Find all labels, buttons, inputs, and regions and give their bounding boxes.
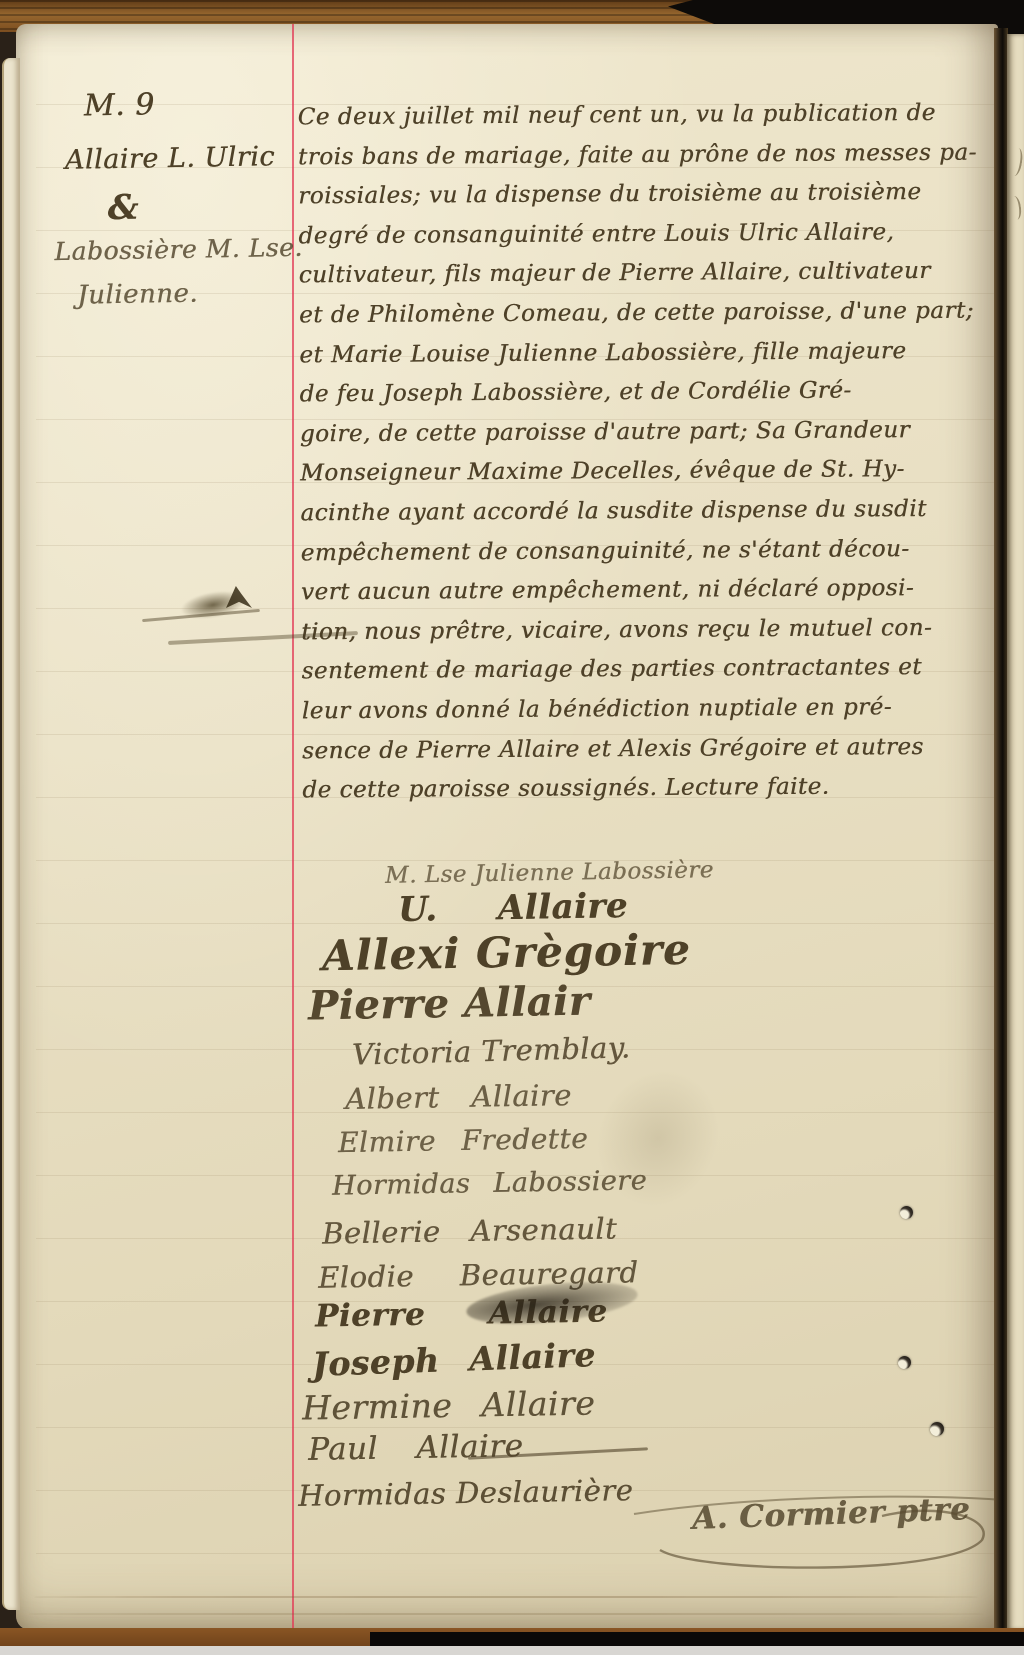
- ampersand: &: [107, 188, 139, 229]
- signature-witness: Pierre Allair: [308, 978, 591, 1030]
- red-margin-rule: [292, 24, 294, 1630]
- act-line: de cette paroisse soussignés. Lecture fa…: [302, 767, 981, 811]
- punch-hole: [930, 1422, 944, 1436]
- signature-witness: Victoria Tremblay.: [352, 1030, 631, 1071]
- signature-witness: Elmire Fredette: [338, 1122, 589, 1159]
- scanned-register-photo: M. 9 Allaire L. Ulric & Labossière M. Ls…: [0, 0, 1024, 1655]
- punch-hole: [900, 1206, 913, 1219]
- act-line: et de Philomène Comeau, de cette paroiss…: [299, 292, 978, 336]
- signature-witness: Hormidas Deslaurière: [298, 1473, 634, 1513]
- act-line: tion, nous prêtre, vicaire, avons reçu l…: [301, 608, 980, 652]
- signature-witness: Allexi Grègoire: [322, 925, 692, 980]
- act-text: Ce deux juillet mil neuf cent un, vu la …: [298, 94, 982, 811]
- signature-groom: U. Allaire: [398, 886, 629, 930]
- book-gutter: [994, 28, 1008, 1632]
- scanner-bed-strip: [0, 1646, 1024, 1655]
- underlying-page-edge: [2, 58, 20, 1610]
- bride-name-margin: Julienne.: [77, 279, 198, 311]
- act-line: Monseigneur Maxime Decelles, évêque de S…: [300, 450, 979, 494]
- act-line: sence de Pierre Allaire et Alexis Grégoi…: [302, 727, 981, 771]
- act-line: empêchement de consanguinité, ne s'étant…: [301, 529, 980, 573]
- act-line: cultivateur, fils majeur de Pierre Allai…: [299, 252, 978, 296]
- signature-witness: Bellerie Arsenault: [322, 1211, 618, 1250]
- act-line: vert aucun autre empêchement, ni déclaré…: [301, 569, 980, 613]
- act-line: leur avons donné la bénédiction nuptiale…: [302, 688, 981, 732]
- groom-name-margin: Allaire L. Ulric: [65, 141, 276, 176]
- facing-page-edge: [1007, 34, 1024, 1630]
- act-line: de feu Joseph Labossière, et de Cordélie…: [299, 371, 978, 415]
- act-line: Ce deux juillet mil neuf cent un, vu la …: [298, 94, 977, 138]
- act-line: roissiales; vu la dispense du troisième …: [298, 173, 977, 217]
- bride-name-margin: Labossière M. Lse.: [54, 233, 303, 266]
- black-strip-bottom: [370, 1632, 1024, 1647]
- punch-hole: [898, 1356, 911, 1369]
- signature-witness: Hermine Allaire: [302, 1383, 596, 1427]
- act-line: sentement de mariage des parties contrac…: [301, 648, 980, 692]
- act-line: degré de consanguinité entre Louis Ulric…: [298, 212, 977, 256]
- act-line: acinthe ayant accordé la susdite dispens…: [300, 490, 979, 534]
- act-line: trois bans de mariage, faite au prône de…: [298, 133, 977, 177]
- sheet-edge-line: [28, 1613, 984, 1615]
- act-line: goire, de cette paroisse d'autre part; S…: [300, 410, 979, 454]
- signature-witness: Paul Allaire: [308, 1428, 524, 1468]
- sheet-edge-line: [34, 1596, 978, 1598]
- act-line: et Marie Louise Julienne Labossière, fil…: [299, 331, 978, 375]
- signature-flourish: [630, 1478, 1024, 1588]
- signature-witness: Albert Allaire: [345, 1078, 572, 1116]
- record-number: M. 9: [84, 87, 155, 123]
